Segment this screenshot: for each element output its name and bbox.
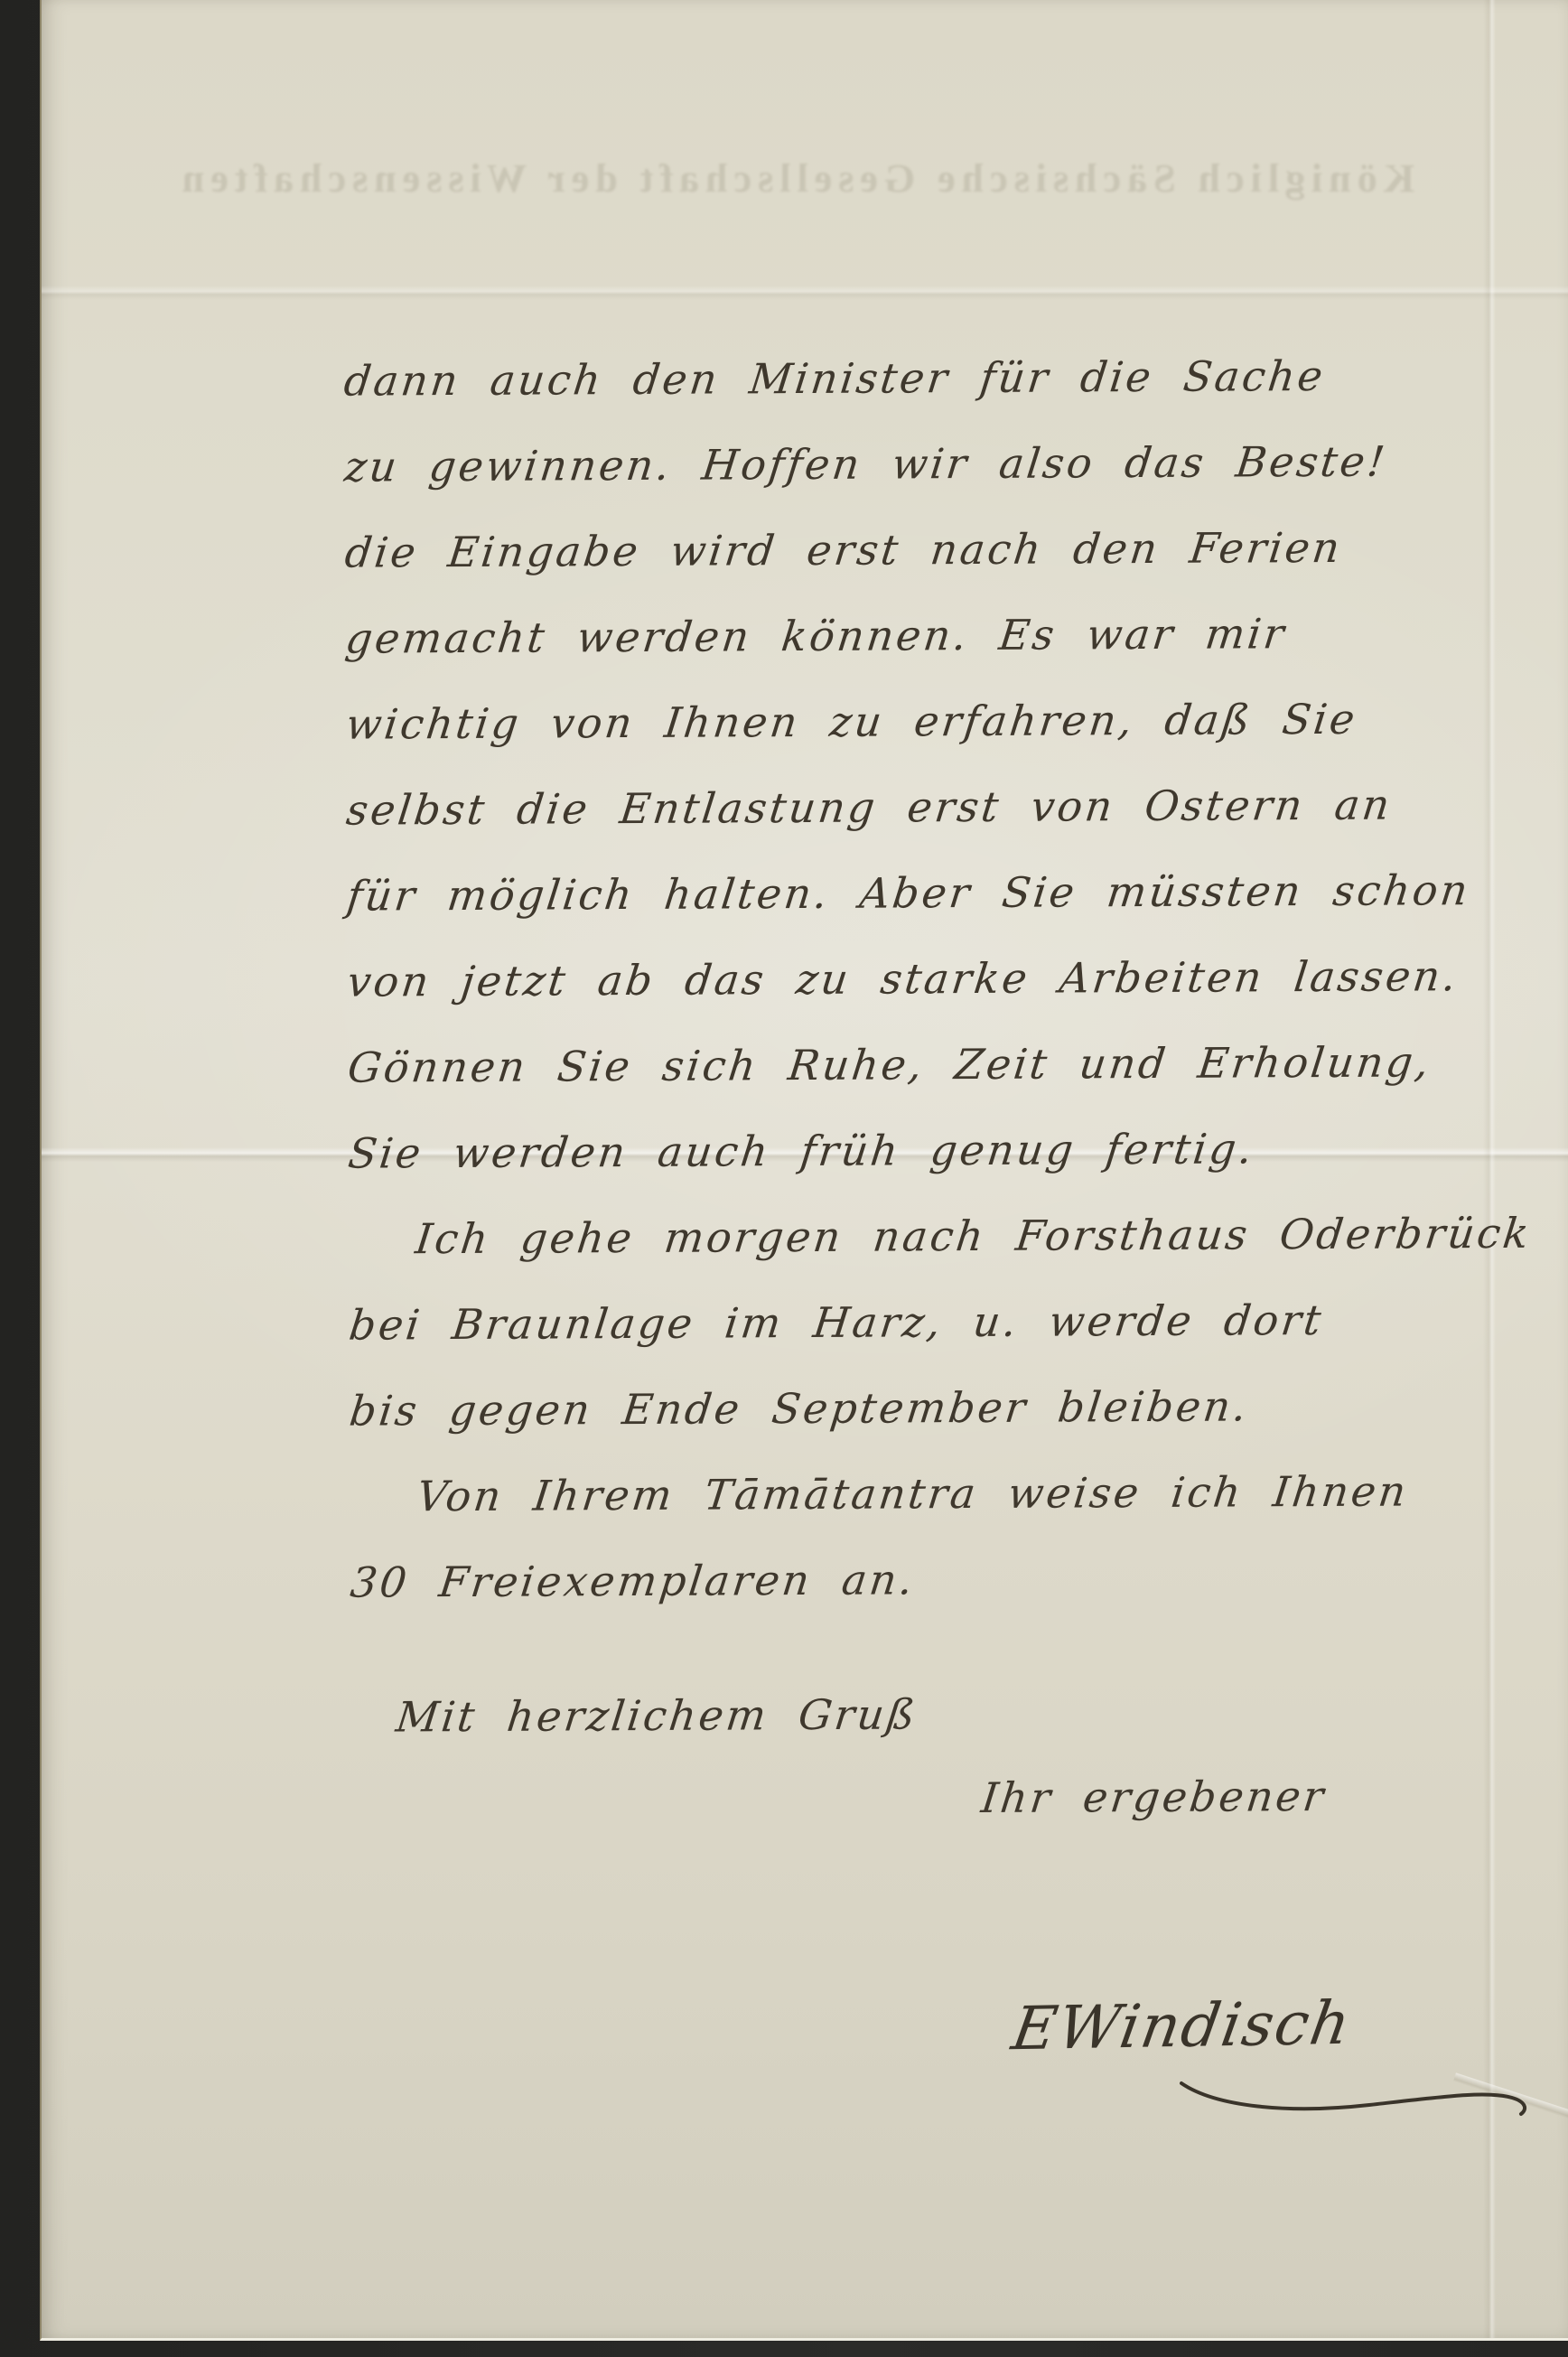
handwriting-line: für möglich halten. Aber Sie müssten sch… [344, 865, 1472, 921]
handwriting-line: Von Ihrem Tāmātantra weise ich Ihnen [415, 1466, 1411, 1520]
handwriting-line: die Eingabe wird erst nach den Ferien [342, 523, 1345, 577]
signature: EWindisch [1007, 1988, 1356, 2064]
handwriting-line: 30 Freiexemplaren an. [348, 1555, 918, 1606]
handwriting-line: zu gewinnen. Hoffen wir also das Beste! [342, 437, 1390, 491]
handwriting-line: von jetzt ab das zu starke Arbeiten lass… [345, 951, 1461, 1005]
closing-line: Mit herzlichem Gruß [394, 1689, 920, 1741]
handwriting-line: dann auch den Minister für die Sache [341, 351, 1328, 406]
handwriting-line: bei Braunlage im Harz, u. werde dort [347, 1295, 1327, 1350]
handwriting-line: wichtig von Ihnen zu erfahren, daß Sie [343, 695, 1359, 749]
valediction-line: Ihr ergebener [979, 1772, 1329, 1822]
handwriting-line: gemacht werden können. Es war mir [343, 609, 1290, 662]
handwriting-line: Sie werden auch früh genug fertig. [346, 1124, 1257, 1177]
signature-flourish [1180, 2067, 1541, 2130]
scan-backdrop: Königlich Sächsische Gesellschaft der Wi… [0, 0, 1568, 2357]
letter-page: Königlich Sächsische Gesellschaft der Wi… [40, 0, 1568, 2341]
handwriting-line: Gönnen Sie sich Ruhe, Zeit und Erholung, [345, 1037, 1434, 1091]
handwriting-line: bis gegen Ende September bleiben. [347, 1381, 1252, 1435]
handwriting-line: Ich gehe morgen nach Forsthaus Oderbrück [413, 1209, 1534, 1263]
handwriting-line: selbst die Entlastung erst von Ostern an [344, 781, 1395, 835]
